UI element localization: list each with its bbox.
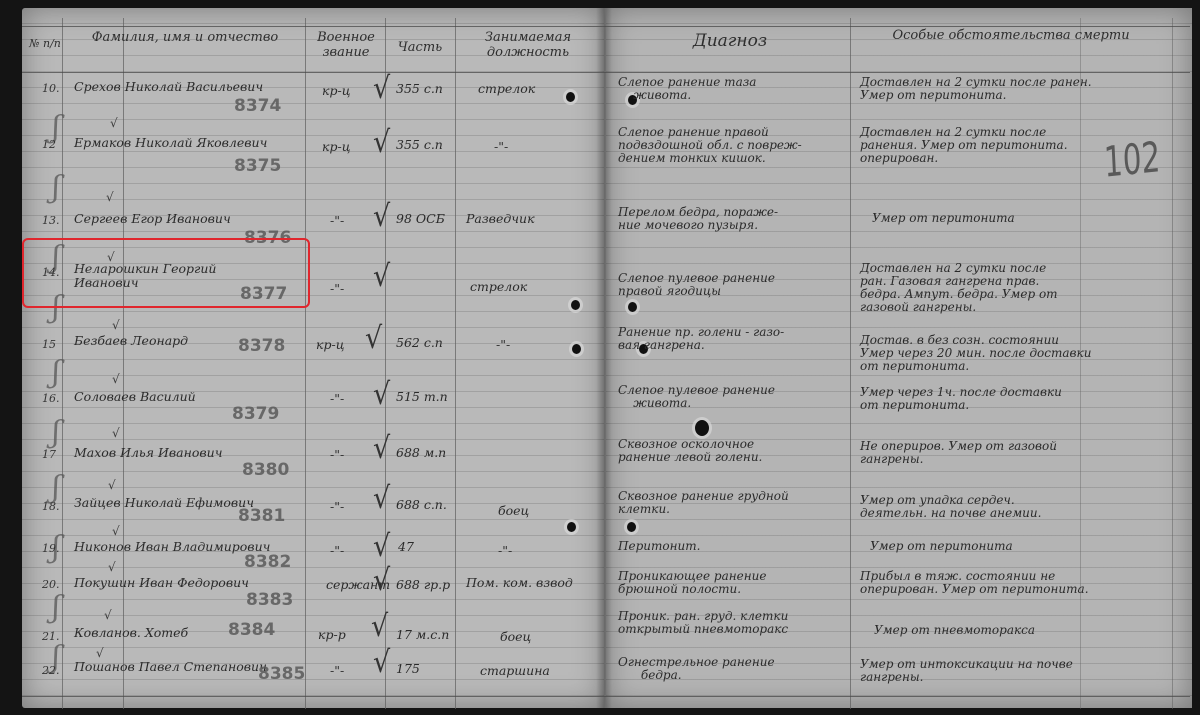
left-page: [22, 8, 604, 708]
unit: 688 гр.р: [396, 578, 450, 592]
unit: 355 с.п: [396, 82, 443, 96]
death-circumstances: Доставлен на 2 сутки после ран. Газовая …: [860, 262, 1058, 314]
tick-icon: √: [108, 478, 116, 492]
checkmark-icon: √: [373, 380, 390, 410]
column-divider: [385, 18, 386, 709]
diagnosis: Проник. ран. груд. клетки открытый пневм…: [618, 610, 788, 636]
position: старшина: [480, 664, 550, 678]
bullet-hole: [567, 522, 576, 532]
diagnosis: Ранение пр. голени - газо- вая гангрена.: [618, 326, 784, 352]
header-circumstances: Особые обстоятельства смерти: [856, 28, 1166, 43]
diagnosis: Слепое пулевое ранение правой ягодицы: [618, 272, 775, 298]
checkmark-icon: √: [373, 648, 390, 678]
row-number: 13.: [42, 214, 60, 228]
checkmark-icon: √: [365, 324, 382, 354]
bullet-hole: [695, 420, 709, 436]
header-rank: Военное звание: [308, 30, 384, 60]
diagnosis: Слепое ранение правой подвздошной обл. с…: [618, 126, 802, 165]
checkmark-icon: √: [373, 484, 390, 514]
header-position: Занимаемая должность: [458, 30, 598, 60]
rank: кр-р: [318, 628, 346, 642]
death-circumstances: Прибыл в тяж. состоянии не оперирован. У…: [860, 570, 1089, 596]
record-stamp: 8380: [242, 460, 289, 480]
column-divider: [62, 18, 63, 709]
unit: 688 м.п: [396, 446, 446, 460]
record-stamp: 8385: [258, 664, 305, 684]
soldier-name: Сергеев Егор Иванович: [74, 212, 231, 226]
soldier-name: Пошанов Павел Степанович: [74, 660, 267, 674]
checkmark-icon: √: [373, 566, 390, 596]
checkmark-icon: √: [373, 74, 390, 104]
position: Разведчик: [466, 212, 535, 226]
soldier-name: Никонов Иван Владимирович: [74, 540, 270, 554]
diagnosis: Слепое ранение таза живота.: [618, 76, 756, 102]
tick-icon: √: [112, 524, 120, 538]
record-stamp: 8384: [228, 620, 275, 640]
column-divider: [305, 18, 306, 709]
tick-icon: √: [112, 318, 120, 332]
rank: кр-ц: [322, 84, 350, 98]
death-circumstances: Умер от перитонита: [870, 540, 1013, 553]
unit: 515 т.п: [396, 390, 448, 404]
record-stamp: 8383: [246, 590, 293, 610]
diagnosis: Проникающее ранение брюшной полости.: [618, 570, 767, 596]
position: -"-: [494, 140, 508, 154]
rank: -"-: [330, 448, 344, 462]
checkmark-icon: √: [371, 612, 388, 642]
unit: 562 с.п: [396, 336, 443, 350]
row-number: 20.: [42, 578, 60, 592]
bullet-hole: [628, 302, 637, 312]
column-divider: [1172, 18, 1173, 709]
death-circumstances: Достав. в без созн. состоянии Умер через…: [860, 334, 1091, 373]
header-bottom-rule: [22, 72, 1190, 73]
row-number: 19.: [42, 542, 60, 556]
column-divider: [850, 18, 851, 709]
column-divider: [455, 18, 456, 709]
rank: -"-: [330, 500, 344, 514]
checkmark-icon: √: [373, 434, 390, 464]
unit: 98 ОСБ: [396, 212, 445, 226]
diagnosis: Перитонит.: [618, 540, 700, 553]
soldier-name: Махов Илья Иванович: [74, 446, 222, 460]
death-circumstances: Доставлен на 2 сутки после ранения. Умер…: [860, 126, 1068, 165]
rank: -"-: [330, 282, 344, 296]
record-stamp: 8375: [234, 156, 281, 176]
bullet-hole: [571, 300, 580, 310]
rank: кр-ц: [316, 338, 344, 352]
unit: 17 м.с.п: [396, 628, 449, 642]
row-number: 22.: [42, 664, 60, 678]
record-stamp: 8382: [244, 552, 291, 572]
diagnosis: Огнестрельное ранение бедра.: [618, 656, 775, 682]
checkmark-icon: √: [373, 262, 390, 292]
checkmark-icon: √: [373, 532, 390, 562]
row-number: 17: [42, 448, 56, 462]
margin-signature: ʃ: [52, 355, 60, 390]
record-stamp: 8379: [232, 404, 279, 424]
diagnosis: Сквозное осколочное ранение левой голени…: [618, 438, 762, 464]
rank: кр-ц: [322, 140, 350, 154]
diagnosis: Перелом бедра, пораже- ние мочевого пузы…: [618, 206, 778, 232]
header-top-rule: [22, 26, 1190, 27]
row-number: 18.: [42, 500, 60, 514]
position: -"-: [496, 338, 510, 352]
position: стрелок: [470, 280, 527, 294]
rank: -"-: [330, 214, 344, 228]
death-circumstances: Доставлен на 2 сутки после ранен. Умер о…: [860, 76, 1092, 102]
tick-icon: √: [112, 426, 120, 440]
bullet-hole: [566, 92, 575, 102]
header-num: № п/п: [28, 36, 62, 51]
position: стрелок: [478, 82, 535, 96]
row-number: 15: [42, 338, 56, 352]
margin-signature: ʃ: [52, 415, 60, 450]
row-number: 12: [42, 138, 56, 152]
death-circumstances: Умер от упадка сердеч. деятельн. на почв…: [860, 494, 1041, 520]
page-number: 102: [1103, 132, 1161, 186]
tick-icon: √: [106, 190, 114, 204]
margin-signature: ʃ: [52, 590, 60, 625]
diagnosis: Сквозное ранение грудной клетки.: [618, 490, 789, 516]
tick-icon: √: [108, 560, 116, 574]
soldier-name: Ермаков Николай Яковлевич: [74, 136, 267, 150]
header-diagnosis: Диагноз: [612, 34, 848, 49]
row-number: 10.: [42, 82, 60, 96]
row-number: 21.: [42, 630, 60, 644]
soldier-name: Срехов Николай Васильевич: [74, 80, 263, 94]
unit: 175: [396, 662, 420, 676]
soldier-name: Безбаев Леонард: [74, 334, 188, 348]
death-circumstances: Не опериров. Умер от газовой гангрены.: [860, 440, 1057, 466]
tick-icon: √: [110, 116, 118, 130]
death-circumstances: Умер от пневмоторакса: [874, 624, 1035, 637]
checkmark-icon: √: [373, 202, 390, 232]
death-circumstances: Умер через 1ч. после доставки от перитон…: [860, 386, 1062, 412]
highlight-box: [22, 238, 310, 308]
bullet-hole: [572, 344, 581, 354]
margin-signature: ʃ: [52, 170, 60, 205]
unit: 688 с.п.: [396, 498, 447, 512]
tick-icon: √: [112, 372, 120, 386]
checkmark-icon: √: [373, 128, 390, 158]
row-number: 16.: [42, 392, 60, 406]
position: Пом. ком. взвод: [466, 576, 573, 590]
bottom-rule: [22, 696, 1190, 697]
record-stamp: 8378: [238, 336, 285, 356]
position: боец: [498, 504, 529, 518]
column-divider: [123, 18, 124, 709]
death-circumstances: Умер от перитонита: [872, 212, 1015, 225]
tick-icon: √: [104, 608, 112, 622]
soldier-name: Ковланов. Хотеб: [74, 626, 188, 640]
position: боец: [500, 630, 531, 644]
header-unit: Часть: [388, 40, 452, 55]
tick-icon: √: [96, 646, 104, 660]
rank: -"-: [330, 544, 344, 558]
unit: 355 с.п: [396, 138, 443, 152]
record-stamp: 8381: [238, 506, 285, 526]
position: -"-: [498, 544, 512, 558]
header-name: Фамилия, имя и отчество: [70, 30, 300, 45]
bullet-hole: [627, 522, 636, 532]
soldier-name: Зайцев Николай Ефимович: [74, 496, 254, 510]
soldier-name: Соловаев Василий: [74, 390, 196, 404]
soldier-name: Покушин Иван Федорович: [74, 576, 249, 590]
death-circumstances: Умер от интоксикации на почве гангрены.: [860, 658, 1073, 684]
rank: -"-: [330, 664, 344, 678]
book-fold: [596, 8, 612, 708]
diagnosis: Слепое пулевое ранение живота.: [618, 384, 775, 410]
unit: 47: [398, 540, 414, 554]
record-stamp: 8374: [234, 96, 281, 116]
rank: -"-: [330, 392, 344, 406]
